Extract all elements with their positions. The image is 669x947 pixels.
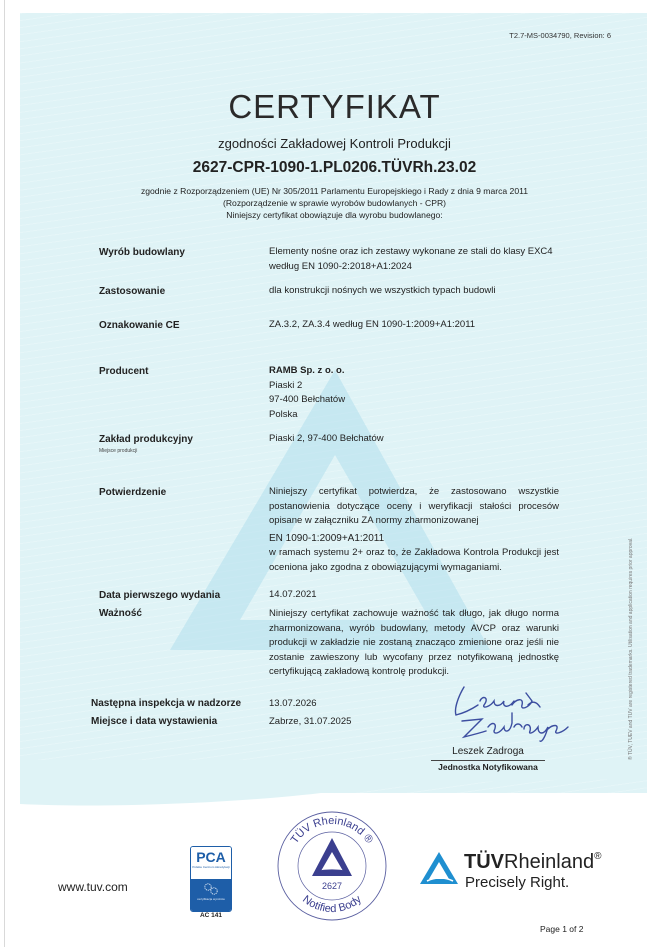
producer-country: Polska — [269, 408, 559, 423]
ce-marking-value: ZA.3.2, ZA.3.4 według EN 1090-1:2009+A1:… — [269, 318, 559, 333]
next-inspection-label: Następna inspekcja w nadzorze — [91, 698, 241, 709]
producer-city: 97-400 Bełchatów — [269, 393, 559, 408]
gears-icon — [203, 882, 219, 896]
signature-line — [431, 760, 545, 761]
application-label: Zastosowanie — [99, 286, 165, 297]
producer-street: Piaski 2 — [269, 379, 559, 394]
regulation-line-2: (Rozporządzenie w sprawie wyrobów budowl… — [0, 197, 669, 209]
tuv-brand-name: TÜVRheinland® — [464, 851, 601, 874]
tuv-tagline: Precisely Right. — [465, 874, 569, 891]
signer-role: Jednostka Notyfikowana — [431, 762, 545, 772]
tuv-logo-icon — [419, 851, 459, 885]
plant-sublabel: Miejsce produkcji — [99, 448, 137, 454]
signer-name: Leszek Zadroga — [431, 746, 545, 757]
pca-top-text: Polskie Centrum Akredytacji — [191, 865, 231, 869]
first-issue-value: 14.07.2021 — [269, 588, 559, 603]
confirmation-paragraph-2: w ramach systemu 2+ oraz to, że Zakładow… — [269, 546, 559, 575]
regulation-line-1: zgodnie z Rozporządzeniem (UE) Nr 305/20… — [0, 185, 669, 197]
confirmation-paragraph-1: Niniejszy certyfikat potwierdza, że zast… — [269, 485, 559, 529]
application-value: dla konstrukcji nośnych we wszystkich ty… — [269, 284, 559, 299]
product-label: Wyrób budowlany — [99, 247, 185, 258]
certificate-subtitle: zgodności Zakładowej Kontroli Produkcji — [0, 136, 669, 151]
confirmation-value: Niniejszy certyfikat potwierdza, że zast… — [269, 485, 559, 575]
notified-body-seal: TÜV Rheinland ® Notified Body 2627 — [272, 806, 392, 926]
pca-accreditation-logo: PCA Polskie Centrum Akredytacji certyfik… — [190, 846, 232, 912]
pca-letters: PCA — [191, 847, 231, 865]
trademark-note: ® TÜV, TUEV and TUV are registered trade… — [628, 538, 634, 761]
validity-label: Ważność — [99, 608, 142, 619]
signature-image — [450, 683, 580, 743]
certificate-title: CERTYFIKAT — [0, 88, 669, 126]
page-number: Page 1 of 2 — [540, 924, 583, 934]
confirmation-label: Potwierdzenie — [99, 487, 166, 498]
first-issue-label: Data pierwszego wydania — [99, 590, 220, 601]
pca-bottom-text: certyfikacja wyrobów — [191, 897, 231, 901]
place-date-label: Miejsce i data wystawienia — [91, 716, 217, 727]
plant-value: Piaski 2, 97-400 Bełchatów — [269, 432, 559, 447]
regulation-text: zgodnie z Rozporządzeniem (UE) Nr 305/20… — [0, 185, 669, 221]
producer-name: RAMB Sp. z o. o. — [269, 364, 559, 379]
ce-marking-label: Oznakowanie CE — [99, 320, 180, 331]
producer-label: Producent — [99, 366, 148, 377]
producer-value: RAMB Sp. z o. o. Piaski 2 97-400 Bełchat… — [269, 364, 559, 422]
validity-value: Niniejszy certyfikat zachowuje ważność t… — [269, 607, 559, 680]
svg-text:2627: 2627 — [322, 881, 342, 891]
website-link[interactable]: www.tuv.com — [58, 880, 128, 894]
document-id: T2.7-MS-0034790, Revision: 6 — [509, 31, 611, 40]
plant-label: Zakład produkcyjny — [99, 434, 193, 445]
regulation-line-3: Niniejszy certyfikat obowiązuje dla wyro… — [0, 209, 669, 221]
pca-code: AC 141 — [190, 912, 232, 919]
confirmation-standard: EN 1090-1:2009+A1:2011 — [269, 532, 559, 547]
product-value: Elementy nośne oraz ich zestawy wykonane… — [269, 245, 559, 274]
certificate-number: 2627-CPR-1090-1.PL0206.TÜVRh.23.02 — [0, 159, 669, 177]
